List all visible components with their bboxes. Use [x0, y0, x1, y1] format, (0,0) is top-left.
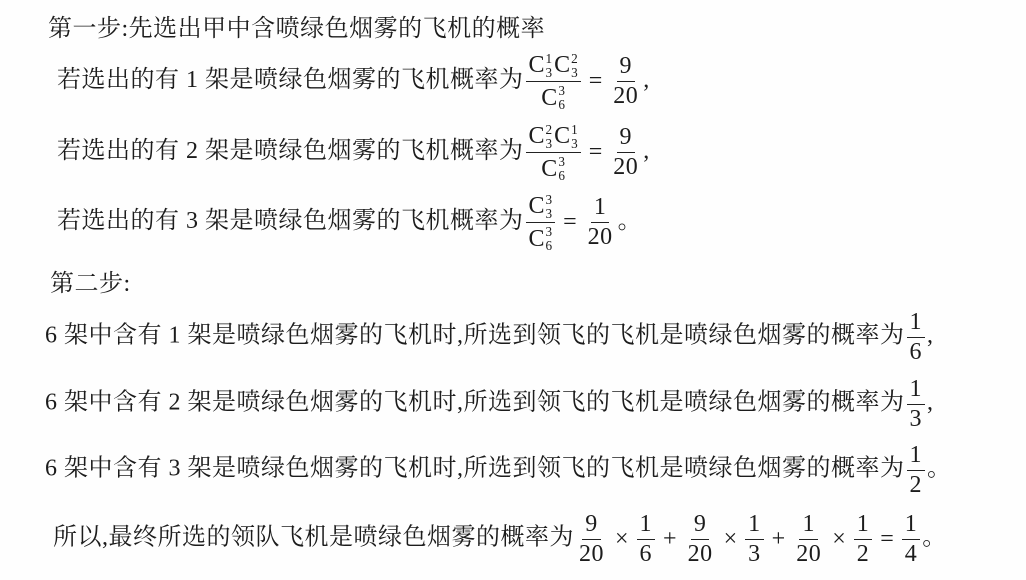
subscript: 3: [571, 137, 578, 150]
fraction-denominator: 20: [610, 82, 641, 109]
fraction: 12: [854, 511, 873, 567]
combination-base: C: [529, 53, 545, 77]
subscript: 6: [558, 169, 565, 182]
operator-equals: =: [589, 139, 603, 166]
fraction: 120: [585, 194, 616, 250]
text-run: 3: [910, 407, 923, 432]
text-run: 20: [688, 542, 713, 567]
subscript: 3: [546, 137, 553, 150]
text-run: 1: [640, 512, 653, 537]
combination-base: C: [541, 86, 557, 110]
text-run: 3: [748, 542, 761, 567]
document-line-step1-case3: 若选出的有 3 架是喷绿色烟雾的飞机概率为C33C36=120。: [44, 187, 1008, 257]
fraction-numerator: C33: [526, 192, 556, 223]
fraction-numerator: 9: [617, 53, 636, 82]
text-run: 。: [618, 208, 643, 234]
combination-base: C: [529, 194, 545, 218]
line-content: 6 架中含有 2 架是喷绿色烟雾的飞机时,所选到领飞的飞机是喷绿色烟雾的概率为1…: [45, 376, 934, 432]
line-content: 6 架中含有 3 架是喷绿色烟雾的飞机时,所选到领飞的飞机是喷绿色烟雾的概率为1…: [45, 442, 952, 498]
text-run: 1: [910, 377, 923, 402]
text-run: 若选出的有 1 架是喷绿色烟雾的飞机概率为: [57, 67, 524, 93]
solution-page: 第一步:先选出甲中含喷绿色烟雾的飞机的概率若选出的有 1 架是喷绿色烟雾的飞机概…: [0, 0, 1026, 580]
text-run: 1: [748, 512, 761, 537]
line-content: 若选出的有 2 架是喷绿色烟雾的飞机概率为C23C13C36=920,: [57, 122, 650, 183]
operator-equals: =: [880, 526, 894, 553]
fraction-denominator: 20: [585, 223, 616, 250]
fraction-numerator: C23C13: [526, 122, 581, 153]
text-run: 9: [620, 54, 633, 79]
fraction: C13C23C36: [526, 51, 581, 112]
text-run: 1: [910, 443, 923, 468]
document-line-step1-case2: 若选出的有 2 架是喷绿色烟雾的飞机概率为C23C13C36=920,: [44, 117, 1008, 187]
combination-scripts: 33: [546, 193, 553, 220]
text-run: ,: [927, 390, 934, 416]
text-run: 。: [922, 525, 947, 551]
superscript: 2: [571, 52, 578, 65]
text-run: 4: [905, 542, 918, 567]
fraction-denominator: C36: [526, 223, 556, 252]
text-run: 6: [640, 542, 653, 567]
text-run: 20: [579, 542, 604, 567]
text-run: 2: [910, 473, 923, 498]
text-run: 6: [910, 340, 923, 365]
subscript: 3: [571, 66, 578, 79]
fraction-numerator: 1: [907, 442, 926, 471]
combination-scripts: 13: [571, 123, 578, 150]
fraction-numerator: 1: [799, 511, 818, 540]
text-run: 1: [594, 195, 607, 220]
fraction: 16: [637, 511, 656, 567]
text-run: 所以,最终所选的领队飞机是喷绿色烟雾的概率为: [53, 525, 574, 551]
combination-symbol: C23: [529, 123, 553, 150]
text-run: 9: [694, 512, 707, 537]
fraction-numerator: 9: [617, 124, 636, 153]
text-run: 2: [857, 542, 870, 567]
document-body: 第一步:先选出甲中含喷绿色烟雾的飞机的概率若选出的有 1 架是喷绿色烟雾的飞机概…: [44, 5, 1008, 576]
fraction: 920: [576, 511, 607, 567]
combination-scripts: 36: [546, 225, 553, 252]
text-run: 第二步:: [50, 271, 131, 297]
document-line-conclusion: 所以,最终所选的领队飞机是喷绿色烟雾的概率为920×16+920×13+120×…: [44, 503, 1008, 575]
fraction-numerator: 1: [745, 511, 764, 540]
superscript: 3: [546, 225, 553, 238]
text-run: 1: [910, 310, 923, 335]
fraction: 920: [610, 124, 641, 180]
fraction-denominator: 20: [576, 540, 607, 567]
fraction-denominator: 6: [907, 338, 926, 365]
fraction-denominator: 20: [793, 540, 824, 567]
text-run: 20: [613, 155, 638, 180]
combination-symbol: C36: [541, 84, 565, 111]
fraction-denominator: 20: [685, 540, 716, 567]
fraction-numerator: 1: [907, 309, 926, 338]
line-content: 所以,最终所选的领队飞机是喷绿色烟雾的概率为920×16+920×13+120×…: [53, 511, 947, 567]
combination-base: C: [529, 124, 545, 148]
text-run: 6 架中含有 1 架是喷绿色烟雾的飞机时,所选到领飞的飞机是喷绿色烟雾的概率为: [45, 323, 905, 349]
fraction: 13: [907, 376, 926, 432]
text-run: 6 架中含有 2 架是喷绿色烟雾的飞机时,所选到领飞的飞机是喷绿色烟雾的概率为: [45, 390, 905, 416]
fraction-numerator: 1: [637, 511, 656, 540]
document-line-step2-case2: 6 架中含有 2 架是喷绿色烟雾的飞机时,所选到领飞的飞机是喷绿色烟雾的概率为1…: [44, 371, 1008, 437]
operator-equals: =: [589, 68, 603, 95]
combination-scripts: 23: [546, 123, 553, 150]
operator-times: ×: [724, 526, 738, 553]
combination-base: C: [554, 53, 570, 77]
combination-scripts: 36: [558, 84, 565, 111]
fraction: 920: [685, 511, 716, 567]
combination-symbol: C36: [541, 155, 565, 182]
combination-symbol: C23: [554, 52, 578, 79]
superscript: 3: [558, 155, 565, 168]
operator-times: ×: [615, 526, 629, 553]
fraction-denominator: 20: [610, 153, 641, 180]
line-content: 第二步:: [50, 263, 131, 298]
fraction-numerator: 1: [591, 194, 610, 223]
superscript: 1: [571, 123, 578, 136]
combination-scripts: 23: [571, 52, 578, 79]
fraction-numerator: 9: [691, 511, 710, 540]
line-content: 6 架中含有 1 架是喷绿色烟雾的飞机时,所选到领飞的飞机是喷绿色烟雾的概率为1…: [45, 309, 934, 365]
fraction-denominator: 2: [854, 540, 873, 567]
subscript: 3: [546, 207, 553, 220]
text-run: 6 架中含有 3 架是喷绿色烟雾的飞机时,所选到领飞的飞机是喷绿色烟雾的概率为: [45, 456, 905, 482]
document-line-step2-heading: 第二步:: [44, 257, 1008, 303]
document-line-step1-heading: 第一步:先选出甲中含喷绿色烟雾的飞机的概率: [44, 5, 1008, 45]
operator-equals: =: [563, 209, 577, 236]
fraction: 120: [793, 511, 824, 567]
text-run: 。: [927, 456, 952, 482]
combination-scripts: 13: [546, 52, 553, 79]
fraction-numerator: 1: [854, 511, 873, 540]
fraction: 16: [907, 309, 926, 365]
fraction-denominator: C36: [538, 82, 568, 111]
combination-symbol: C13: [554, 123, 578, 150]
document-line-step2-case1: 6 架中含有 1 架是喷绿色烟雾的飞机时,所选到领飞的飞机是喷绿色烟雾的概率为1…: [44, 303, 1008, 371]
text-run: 1: [905, 512, 918, 537]
fraction: C23C13C36: [526, 122, 581, 183]
text-run: 20: [613, 84, 638, 109]
combination-symbol: C13: [529, 52, 553, 79]
text-run: ,: [643, 67, 650, 93]
fraction-denominator: 2: [907, 471, 926, 498]
combination-base: C: [529, 227, 545, 251]
fraction-numerator: C13C23: [526, 51, 581, 82]
combination-base: C: [554, 124, 570, 148]
combination-symbol: C36: [529, 225, 553, 252]
text-run: 20: [588, 225, 613, 250]
fraction-numerator: 1: [902, 511, 921, 540]
combination-symbol: C33: [529, 193, 553, 220]
fraction-denominator: C36: [538, 153, 568, 182]
fraction-denominator: 4: [902, 540, 921, 567]
operator-plus: +: [772, 526, 786, 553]
combination-base: C: [541, 157, 557, 181]
fraction: 13: [745, 511, 764, 567]
text-run: 若选出的有 3 架是喷绿色烟雾的飞机概率为: [57, 208, 524, 234]
subscript: 6: [546, 239, 553, 252]
text-run: 1: [857, 512, 870, 537]
line-content: 若选出的有 3 架是喷绿色烟雾的飞机概率为C33C36=120。: [57, 192, 642, 253]
text-run: 若选出的有 2 架是喷绿色烟雾的飞机概率为: [57, 138, 524, 164]
subscript: 6: [558, 98, 565, 111]
fraction: C33C36: [526, 192, 556, 253]
fraction-numerator: 1: [907, 376, 926, 405]
subscript: 3: [546, 66, 553, 79]
fraction-denominator: 3: [907, 405, 926, 432]
text-run: 9: [620, 125, 633, 150]
text-run: 20: [796, 542, 821, 567]
fraction: 14: [902, 511, 921, 567]
document-line-step2-case3: 6 架中含有 3 架是喷绿色烟雾的飞机时,所选到领飞的飞机是喷绿色烟雾的概率为1…: [44, 437, 1008, 503]
fraction-denominator: 6: [637, 540, 656, 567]
fraction-denominator: 3: [745, 540, 764, 567]
fraction-numerator: 9: [582, 511, 601, 540]
superscript: 2: [546, 123, 553, 136]
fraction: 12: [907, 442, 926, 498]
fraction: 920: [610, 53, 641, 109]
superscript: 1: [546, 52, 553, 65]
document-line-step1-case1: 若选出的有 1 架是喷绿色烟雾的飞机概率为C13C23C36=920,: [44, 45, 1008, 117]
line-content: 第一步:先选出甲中含喷绿色烟雾的飞机的概率: [48, 8, 545, 43]
text-run: 1: [802, 512, 815, 537]
text-run: ,: [643, 138, 650, 164]
operator-times: ×: [832, 526, 846, 553]
superscript: 3: [546, 193, 553, 206]
line-content: 若选出的有 1 架是喷绿色烟雾的飞机概率为C13C23C36=920,: [57, 51, 650, 112]
text-run: 9: [585, 512, 598, 537]
text-run: ,: [927, 323, 934, 349]
combination-scripts: 36: [558, 155, 565, 182]
text-run: 第一步:先选出甲中含喷绿色烟雾的飞机的概率: [48, 16, 545, 42]
operator-plus: +: [663, 526, 677, 553]
superscript: 3: [558, 84, 565, 97]
